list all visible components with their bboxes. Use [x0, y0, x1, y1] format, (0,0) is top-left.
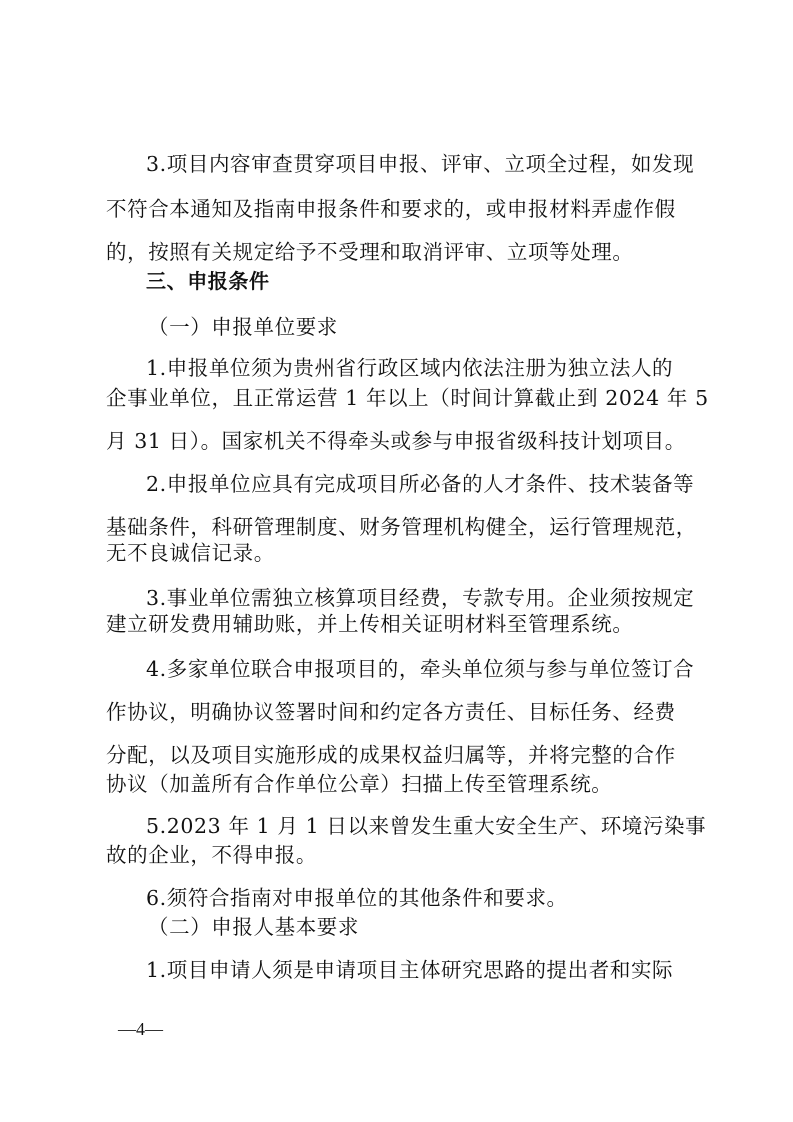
section-heading: 三、申报条件: [146, 267, 270, 295]
paragraph-line: 不符合本通知及指南申报条件和要求的，或申报材料弄虚作假: [106, 195, 676, 223]
paragraph-line: 协议（加盖所有合作单位公章）扫描上传至管理系统。: [106, 770, 612, 798]
paragraph-line: 作协议，明确协议签署时间和约定各方责任、目标任务、经费: [106, 698, 676, 726]
paragraph-line: 3.项目内容审查贯穿项目申报、评审、立项全过程，如发现: [146, 150, 694, 178]
page-number: —4—: [118, 1017, 163, 1041]
paragraph-line: 月 31 日）。国家机关不得牵头或参与申报省级科技计划项目。: [106, 427, 686, 455]
paragraph-line: 2.申报单位应具有完成项目所必备的人才条件、技术装备等: [146, 470, 694, 498]
paragraph-line: 的，按照有关规定给予不受理和取消评审、立项等处理。: [106, 238, 634, 266]
paragraph-line: 无不良诚信记录。: [106, 539, 275, 567]
paragraph-line: 1.申报单位须为贵州省行政区域内依法注册为独立法人的: [146, 354, 673, 382]
paragraph-line: 建立研发费用辅助账，并上传相关证明材料至管理系统。: [106, 610, 634, 638]
subsection-heading: （一）申报单位要求: [148, 313, 338, 341]
document-page: 3.项目内容审查贯穿项目申报、评审、立项全过程，如发现 不符合本通知及指南申报条…: [0, 0, 793, 1122]
paragraph-line: 1.项目申请人须是申请项目主体研究思路的提出者和实际: [146, 956, 673, 984]
paragraph-line: 4.多家单位联合申报项目的，牵头单位须与参与单位签订合: [146, 655, 694, 683]
paragraph-line: 基础条件，科研管理制度、财务管理机构健全，运行管理规范，: [106, 513, 697, 541]
paragraph-line: 6.须符合指南对申报单位的其他条件和要求。: [146, 884, 568, 912]
subsection-heading: （二）申报人基本要求: [148, 913, 359, 941]
paragraph-line: 5.2023 年 1 月 1 日以来曾发生重大安全生产、环境污染事: [146, 812, 706, 840]
paragraph-line: 3.事业单位需独立核算项目经费，专款专用。企业须按规定: [146, 584, 694, 612]
paragraph-line: 企事业单位，且正常运营 1 年以上（时间计算截止到 2024 年 5: [106, 384, 709, 412]
paragraph-line: 分配，以及项目实施形成的成果权益归属等，并将完整的合作: [106, 741, 676, 769]
paragraph-line: 故的企业，不得申报。: [106, 841, 317, 869]
